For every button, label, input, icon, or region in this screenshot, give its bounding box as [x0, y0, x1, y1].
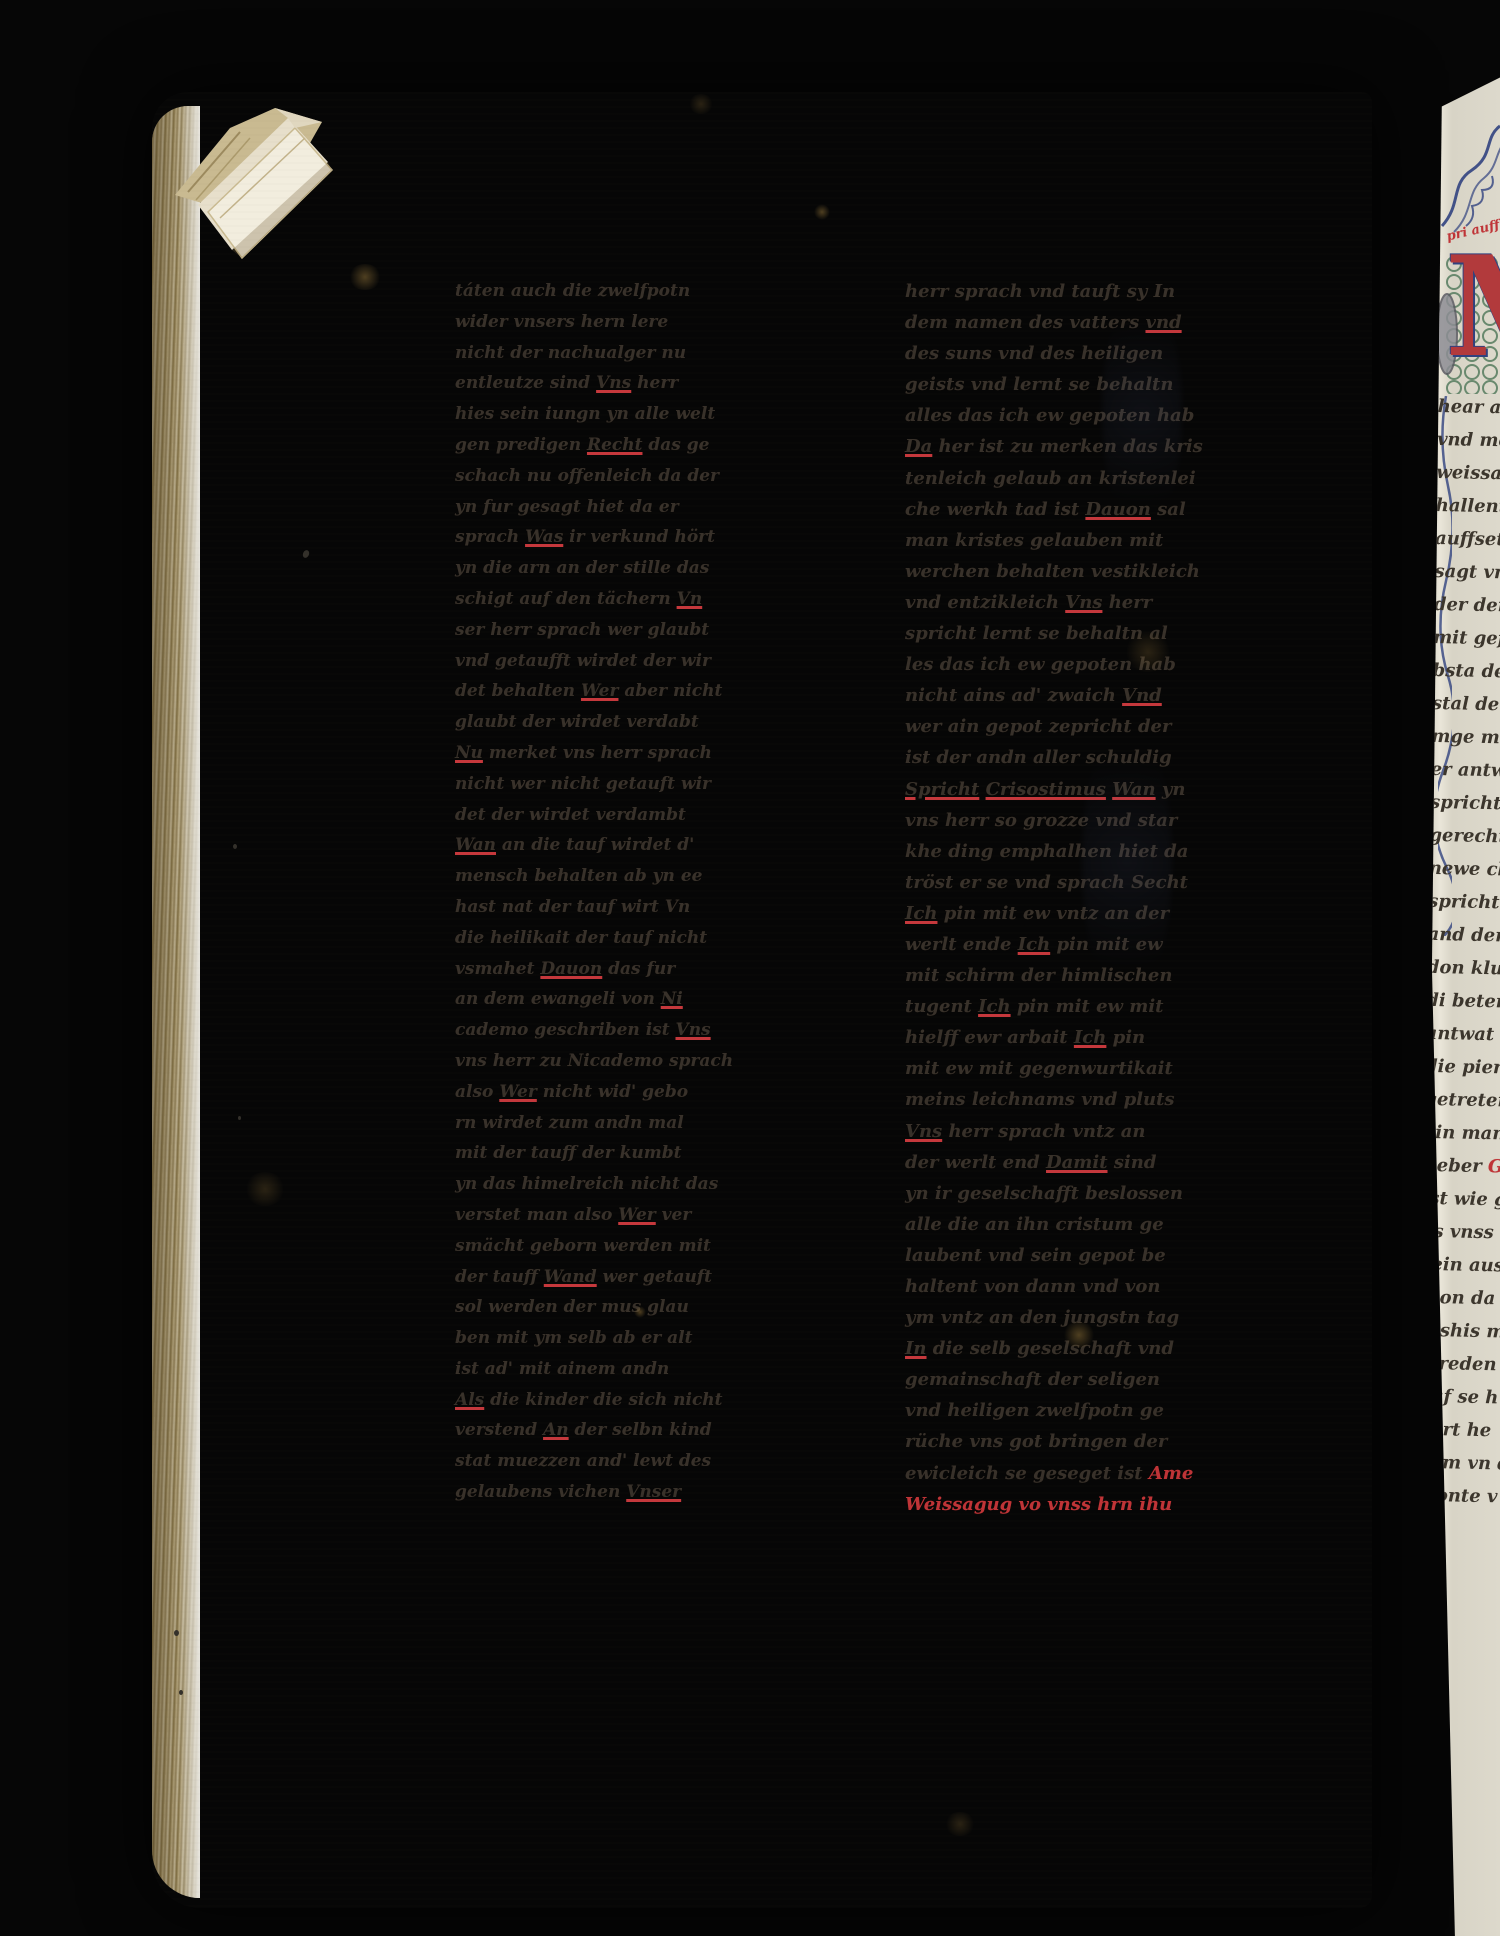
illuminated-initial: M — [1445, 238, 1500, 376]
red-ink-text: Glo — [1488, 1156, 1500, 1178]
text-line: an dem ewangeli von Ni — [455, 984, 700, 1015]
ink-text: der werlt end — [905, 1152, 1046, 1173]
text-line: vnd entzikleich Vns herr — [905, 587, 1175, 618]
ink-text: sind — [1108, 1152, 1157, 1173]
red-touched-word: Ich — [978, 996, 1010, 1017]
text-line: ain man l — [1423, 1116, 1500, 1151]
ink-text: ym vntz an den jungstn tag — [905, 1307, 1179, 1328]
facing-page-surface: pri auffet M hear aufftvnd merktweissage… — [1418, 0, 1500, 1936]
text-line: gemainschaft der seligen — [905, 1364, 1175, 1395]
text-line: don kluden — [1427, 951, 1500, 986]
ink-speck — [302, 549, 311, 559]
ink-text: det der wirdet verdambt — [455, 805, 686, 825]
text-line: alles das ich ew gepoten hab — [905, 400, 1175, 431]
text-line: meins leichnams vnd pluts — [905, 1084, 1175, 1115]
ink-text: das ge — [642, 435, 709, 455]
text-line: Nu merket vns herr sprach — [455, 738, 700, 769]
ink-text: khe ding emphalhen hiet da — [905, 841, 1188, 862]
red-touched-word: Wand — [544, 1267, 597, 1287]
red-touched-word: Wan — [1112, 779, 1155, 800]
ink-text: cademo geschriben ist — [455, 1020, 676, 1040]
ink-text: nicht ains ad' zwaich — [905, 685, 1122, 706]
red-touched-word: Damit — [1046, 1152, 1107, 1173]
text-line: yn fur gesagt hiet da er — [455, 492, 700, 523]
text-line: spricht lernt se behaltn al — [905, 618, 1175, 649]
text-line: dort he — [1418, 1413, 1500, 1448]
text-line: vsmahet Dauon das fur — [455, 954, 700, 985]
ink-text: stat muezzen and' lewt des — [455, 1451, 711, 1471]
text-line: ser herr sprach wer glaubt — [455, 615, 700, 646]
ink-text: mensch behalten ab yn ee — [455, 866, 702, 886]
text-line: di beten y — [1426, 984, 1500, 1019]
ink-text: die selb geselschaft vnd — [927, 1338, 1174, 1359]
ink-text: nicht wer nicht getauft wir — [455, 774, 711, 794]
ink-text: her ist zu merken das kris — [932, 436, 1203, 457]
text-line: sol werden der mus glau — [455, 1292, 700, 1323]
text-line: auf se h — [1418, 1380, 1500, 1415]
text-line: Vns herr sprach vntz an — [905, 1116, 1175, 1147]
ink-text: mon da v — [1420, 1287, 1500, 1310]
stain — [348, 264, 382, 290]
text-line: verstet man also Wer ver — [455, 1200, 700, 1231]
text-line: Ich pin mit ew vntz an der — [905, 898, 1175, 929]
ink-text: fereden v — [1419, 1353, 1500, 1376]
text-line: Als die kinder die sich nicht — [455, 1385, 700, 1416]
text-line: man kristes gelauben mit — [905, 525, 1175, 556]
text-line: geists vnd lernt se behaltn — [905, 369, 1175, 400]
text-line: ist ad' mit ainem andn — [455, 1354, 700, 1385]
text-line: gen predigen Recht das ge — [455, 430, 700, 461]
ink-text: vnd merkt — [1437, 429, 1500, 452]
facing-page-text: hear aufftvnd merktweissagenhallent Vauf… — [1416, 390, 1500, 1514]
text-line: Wan an die tauf wirdet d' — [455, 830, 700, 861]
ink-text: sprach — [455, 527, 525, 547]
text-line: hast nat der tauf wirt Vn — [455, 892, 700, 923]
text-line: vnd heiligen zwelfpotn ge — [905, 1395, 1175, 1426]
facing-page: pri auffet M hear aufftvnd merktweissage… — [1418, 0, 1500, 1936]
text-line: nam vn d — [1417, 1446, 1500, 1481]
ink-text: sein ausse — [1421, 1254, 1500, 1277]
ink-text: tugent — [905, 996, 978, 1017]
red-touched-word: Vns — [676, 1020, 711, 1040]
ink-text: meins leichnams vnd pluts — [905, 1089, 1175, 1110]
ink-text: die heilikait der tauf nicht — [455, 928, 707, 948]
ink-text: mit der tauff der kumbt — [455, 1143, 681, 1163]
ink-text: ir verkund hört — [563, 527, 715, 547]
text-line: spricht ysa — [1428, 885, 1500, 920]
ink-text: der der da — [1434, 594, 1500, 617]
red-touched-word: Wer — [499, 1082, 536, 1102]
text-line: vns herr zu Nicademo sprach — [455, 1046, 700, 1077]
text-line: sprach Was ir verkund hört — [455, 522, 700, 553]
ink-text: pin mit ew — [1050, 934, 1162, 955]
red-touched-word: Spricht — [905, 779, 979, 800]
manuscript-photo: { "scene": { "description": "Photograph … — [0, 0, 1500, 1936]
ink-text: werchen behalten vestikleich — [905, 561, 1200, 582]
text-line: táten auch die zwelfpotn — [455, 276, 700, 307]
text-line: det der wirdet verdambt — [455, 800, 700, 831]
ink-text: vns herr so grozze vnd star — [905, 810, 1177, 831]
text-line: hallent V — [1435, 489, 1500, 524]
text-line: hear aufft — [1437, 390, 1500, 425]
text-line: er antwurt — [1430, 753, 1500, 788]
text-line: che werkh tad ist Dauon sal — [905, 494, 1175, 525]
ink-text: di beten y — [1426, 990, 1500, 1013]
ink-text: hast nat der tauf wirt Vn — [455, 897, 690, 917]
text-line: stal der d — [1432, 687, 1500, 722]
text-line: mit gefro — [1433, 621, 1500, 656]
text-line: glaubt der wirdet verdabt — [455, 707, 700, 738]
text-line: nishis mit — [1420, 1314, 1500, 1349]
ink-text: verstend — [455, 1420, 543, 1440]
text-line: nicht ains ad' zwaich Vnd — [905, 680, 1175, 711]
text-line: tugent Ich pin mit ew mit — [905, 991, 1175, 1022]
ink-text: smächt geborn werden mit — [455, 1236, 711, 1256]
text-line: laubent vnd sein gepot be — [905, 1240, 1175, 1271]
text-line: entleutze sind Vns herr — [455, 368, 700, 399]
ink-speck — [174, 1630, 179, 1636]
stain — [814, 204, 830, 220]
text-line: ym vntz an den jungstn tag — [905, 1302, 1175, 1333]
text-line: tenleich gelaub an kristenlei — [905, 463, 1175, 494]
red-ink-text: Ame — [1149, 1463, 1193, 1484]
ink-text: ist ad' mit ainem andn — [455, 1359, 669, 1379]
text-line: hielff ewr arbait Ich pin — [905, 1022, 1175, 1053]
text-line: haltent von dann vnd von — [905, 1271, 1175, 1302]
ink-text: alle die an ihn cristum ge — [905, 1214, 1164, 1235]
text-line: mit der tauff der kumbt — [455, 1138, 700, 1169]
ink-text: sol werden der mus glau — [455, 1297, 689, 1317]
text-line: nicht wer nicht getauft wir — [455, 769, 700, 800]
text-line: rn wirdet zum andn mal — [455, 1108, 700, 1139]
text-line: verstend An der selbn kind — [455, 1415, 700, 1446]
text-column-left: táten auch die zwelfpotnwider vnsers her… — [455, 276, 700, 1508]
text-line: les das ich ew gepoten hab — [905, 649, 1175, 680]
text-line: dem namen des vatters vnd — [905, 307, 1175, 338]
text-line: sein ausse — [1421, 1248, 1500, 1283]
text-line: Weissagug vo vnss hrn ihu — [905, 1489, 1175, 1520]
ink-text: mit schirm der himlischen — [905, 965, 1172, 986]
text-line: der tauff Wand wer getauft — [455, 1262, 700, 1293]
text-line: vnd getaufft wirdet der wir — [455, 646, 700, 677]
text-line: wider vnsers hern lere — [455, 307, 700, 338]
text-line: spricht Ieh — [1430, 786, 1500, 821]
ink-text: vnd getaufft wirdet der wir — [455, 651, 711, 671]
text-line: also Wer nicht wid' gebo — [455, 1077, 700, 1108]
text-line: khe ding emphalhen hiet da — [905, 836, 1175, 867]
text-line: getreten w — [1424, 1083, 1500, 1118]
ink-text: herr — [631, 373, 678, 393]
text-line: newe chrer — [1428, 852, 1500, 887]
ink-text: ist wie ge — [1422, 1188, 1500, 1211]
text-line: werchen behalten vestikleich — [905, 556, 1175, 587]
red-ink-text: Weissagug vo vnss hrn ihu — [905, 1494, 1172, 1515]
text-line: In die selb geselschaft vnd — [905, 1333, 1175, 1364]
ink-text: der tauff — [455, 1267, 544, 1287]
ink-text: yn — [1156, 779, 1186, 800]
text-line: mon da v — [1420, 1281, 1500, 1316]
red-touched-word: Vnser — [626, 1482, 681, 1502]
text-line: yn ir geselschafft beslossen — [905, 1178, 1175, 1209]
stain — [688, 94, 714, 114]
ink-text: ist der andn aller schuldig — [905, 747, 1172, 768]
red-touched-word: Vns — [596, 373, 631, 393]
text-line: auffset ha — [1435, 522, 1500, 557]
text-line: and den g — [1427, 918, 1500, 953]
folded-corner-graphic — [170, 100, 350, 280]
ink-text: stal der d — [1432, 693, 1500, 716]
red-touched-word: Vns — [1065, 592, 1102, 613]
ink-text: yn ir geselschafft beslossen — [905, 1183, 1183, 1204]
red-touched-word: An — [543, 1420, 569, 1440]
text-line: vnd merkt — [1437, 423, 1500, 458]
ink-text: die kinder die sich nicht — [484, 1390, 722, 1410]
text-line: ist wie ge — [1422, 1182, 1500, 1217]
text-line: herr sprach vnd tauft sy In — [905, 276, 1175, 307]
ink-text: nicht der nachualger nu — [455, 343, 686, 363]
ink-text: des suns vnd des heiligen — [905, 343, 1163, 364]
ink-text: and den g — [1427, 924, 1500, 947]
ink-text: auf se h — [1418, 1386, 1498, 1409]
text-line: die heilikait der tauf nicht — [455, 923, 700, 954]
text-line: det behalten Wer aber nicht — [455, 676, 700, 707]
red-touched-word: Vnd — [1122, 685, 1162, 706]
ink-text: yn das himelreich nicht das — [455, 1174, 718, 1194]
ink-text: gemainschaft der seligen — [905, 1369, 1160, 1390]
ink-text: hallent V — [1436, 495, 1500, 518]
ink-text: che werkh tad ist — [905, 499, 1085, 520]
stain — [244, 1172, 286, 1206]
text-line: sagt vnd g — [1434, 555, 1500, 590]
text-line: Da her ist zu merken das kris — [905, 431, 1175, 462]
manuscript-page: táten auch die zwelfpotnwider vnsers her… — [152, 92, 1372, 1908]
ink-text: les das ich ew gepoten hab — [905, 654, 1176, 675]
ink-text: ver — [656, 1205, 692, 1225]
ink-text: tenleich gelaub an kristenlei — [905, 468, 1196, 489]
ink-text: nishis mit — [1420, 1320, 1500, 1343]
ink-text: wer ain gepot zepricht der — [905, 716, 1172, 737]
ink-text: dem namen des vatters — [905, 312, 1145, 333]
ink-text: weissagen — [1436, 462, 1500, 485]
text-line: ist der andn aller schuldig — [905, 742, 1175, 773]
text-line: Spricht Crisostimus Wan yn — [905, 774, 1175, 805]
ink-text: hies sein iungn yn alle welt — [455, 404, 715, 424]
ink-text: man kristes gelauben mit — [905, 530, 1163, 551]
folded-corner — [170, 100, 350, 280]
ink-text: die pier h — [1425, 1056, 1500, 1079]
red-touched-word: Dauon — [1085, 499, 1150, 520]
ink-text: don kluden — [1427, 957, 1500, 980]
red-touched-word: Crisostimus — [986, 779, 1106, 800]
red-touched-word: Ni — [661, 989, 683, 1009]
red-touched-word: Ich — [1018, 934, 1050, 955]
ink-text: lieber — [1423, 1155, 1488, 1177]
text-line: bsta der — [1432, 654, 1500, 689]
ink-text: rüche vns got bringen der — [905, 1431, 1167, 1452]
text-line: ben mit ym selb ab er alt — [455, 1323, 700, 1354]
text-line: nicht der nachualger nu — [455, 338, 700, 369]
ink-text: yn fur gesagt hiet da er — [455, 497, 679, 517]
ink-text: an die tauf wirdet d' — [496, 835, 694, 855]
ink-text: det behalten — [455, 681, 581, 701]
text-line: schigt auf den tächern Vn — [455, 584, 700, 615]
ink-speck — [233, 844, 237, 849]
red-touched-word: Wer — [618, 1205, 655, 1225]
text-line: gerechtikait — [1429, 819, 1500, 854]
red-touched-word: Was — [525, 527, 563, 547]
ink-text: merket vns herr sprach — [483, 743, 712, 763]
ink-text: pin mit ew vntz an der — [937, 903, 1169, 924]
ink-text: gen predigen — [455, 435, 587, 455]
ink-text: sal — [1151, 499, 1186, 520]
red-touched-word: Vn — [677, 589, 703, 609]
ink-text: mge mess — [1431, 726, 1500, 749]
ink-text: ain man l — [1424, 1122, 1500, 1145]
text-line: der werlt end Damit sind — [905, 1147, 1175, 1178]
ink-text: ben mit ym selb ab er alt — [455, 1328, 692, 1348]
ink-text: schigt auf den tächern — [455, 589, 677, 609]
text-line: rüche vns got bringen der — [905, 1426, 1175, 1457]
ink-text: getreten w — [1424, 1089, 1500, 1112]
text-line: lieber Glo — [1423, 1149, 1500, 1184]
ink-text: nicht wid' gebo — [537, 1082, 688, 1102]
ink-text: vsmahet — [455, 959, 540, 979]
red-touched-word: Ich — [905, 903, 937, 924]
text-line: wer ain gepot zepricht der — [905, 711, 1175, 742]
text-line: as vnss h — [1422, 1215, 1500, 1250]
text-line: werlt ende Ich pin mit ew — [905, 929, 1175, 960]
text-line: ewicleich se geseget ist Ame — [905, 1458, 1175, 1489]
ink-text: auffset ha — [1435, 528, 1500, 551]
text-line: mit ew mit gegenwurtikait — [905, 1053, 1175, 1084]
ink-text: herr sprach vntz an — [942, 1121, 1145, 1142]
text-line: monte v — [1416, 1479, 1500, 1514]
ink-text: laubent vnd sein gepot be — [905, 1245, 1166, 1266]
ink-text: also — [455, 1082, 499, 1102]
red-touched-word: Wer — [581, 681, 618, 701]
ink-text: mit ew mit gegenwurtikait — [905, 1058, 1173, 1079]
red-touched-word: Vns — [905, 1121, 942, 1142]
ink-text: wider vnsers hern lere — [455, 312, 668, 332]
ink-text: aber nicht — [618, 681, 722, 701]
ink-text: rn wirdet zum andn mal — [455, 1113, 684, 1133]
ink-text: verstet man also — [455, 1205, 618, 1225]
red-touched-word: Nu — [455, 743, 483, 763]
ink-text: nam vn d — [1417, 1452, 1500, 1475]
ink-speck — [238, 1116, 241, 1120]
ink-text: tröst er se vnd sprach Secht — [905, 872, 1188, 893]
text-line: smächt geborn werden mit — [455, 1231, 700, 1262]
ink-text: wer getauft — [597, 1267, 712, 1287]
ink-text: ewicleich se geseget ist — [905, 1463, 1149, 1484]
ink-text: monte v — [1417, 1485, 1498, 1508]
red-touched-word: Da — [905, 436, 932, 457]
ink-text: gelaubens vichen — [455, 1482, 626, 1502]
text-line: cademo geschriben ist Vns — [455, 1015, 700, 1046]
text-line: tröst er se vnd sprach Secht — [905, 867, 1175, 898]
ink-text: das fur — [602, 959, 675, 979]
ink-text: vnd heiligen zwelfpotn ge — [905, 1400, 1164, 1421]
text-line: hies sein iungn yn alle welt — [455, 399, 700, 430]
ink-speck — [179, 1690, 183, 1695]
text-line: mensch behalten ab yn ee — [455, 861, 700, 892]
red-touched-word: Ich — [1074, 1027, 1106, 1048]
text-line: mit schirm der himlischen — [905, 960, 1175, 991]
text-line: stat muezzen and' lewt des — [455, 1446, 700, 1477]
ink-text: vns herr zu Nicademo sprach — [455, 1051, 733, 1071]
text-line: alle die an ihn cristum ge — [905, 1209, 1175, 1240]
ink-text: sagt vnd g — [1434, 561, 1500, 584]
text-line: des suns vnd des heiligen — [905, 338, 1175, 369]
text-line: yn das himelreich nicht das — [455, 1169, 700, 1200]
ink-text: hear aufft — [1437, 396, 1500, 419]
ink-text: schach nu offenleich da der — [455, 466, 719, 486]
ink-text: an dem ewangeli von — [455, 989, 661, 1009]
red-touched-word: Recht — [587, 435, 643, 455]
ink-text: haltent von dann vnd von — [905, 1276, 1160, 1297]
red-touched-word: vnd — [1145, 312, 1181, 333]
ink-text: vnd entzikleich — [905, 592, 1065, 613]
text-line: schach nu offenleich da der — [455, 461, 700, 492]
ink-text: pin — [1106, 1027, 1145, 1048]
ink-text: bsta der — [1432, 660, 1500, 683]
ink-text: werlt ende — [905, 934, 1018, 955]
red-touched-word: Wan — [455, 835, 496, 855]
ink-text: as vnss h — [1422, 1221, 1500, 1244]
ink-text: entleutze sind — [455, 373, 596, 393]
text-line: die pier h — [1425, 1050, 1500, 1085]
ink-text: spricht Ieh — [1430, 792, 1500, 815]
ink-text: herr sprach vnd tauft sy In — [905, 281, 1175, 302]
ink-text: ser herr sprach wer glaubt — [455, 620, 709, 640]
ink-text: herr — [1102, 592, 1152, 613]
text-line: der der da — [1434, 588, 1500, 623]
text-line: antwat e — [1425, 1017, 1500, 1052]
ink-text: glaubt der wirdet verdabt — [455, 712, 699, 732]
ink-text: spricht ysa — [1428, 891, 1500, 914]
ink-text: antwat e — [1425, 1023, 1500, 1046]
ink-text: mit gefro — [1433, 627, 1500, 650]
ink-text: newe chrer — [1429, 858, 1500, 881]
ink-text: er antwurt — [1431, 759, 1500, 782]
ink-text: dort he — [1418, 1419, 1492, 1441]
ink-text: táten auch die zwelfpotn — [455, 281, 690, 301]
red-touched-word: Dauon — [540, 959, 602, 979]
ink-text: alles das ich ew gepoten hab — [905, 405, 1194, 426]
text-line: yn die arn an der stille das — [455, 553, 700, 584]
stain — [944, 1812, 976, 1836]
text-line: weissagen — [1436, 456, 1500, 491]
red-touched-word: Als — [455, 1390, 484, 1410]
text-line: vns herr so grozze vnd star — [905, 805, 1175, 836]
text-column-right: herr sprach vnd tauft sy Indem namen des… — [905, 276, 1175, 1520]
ink-text: der selbn kind — [569, 1420, 712, 1440]
text-line: gelaubens vichen Vnser — [455, 1477, 700, 1508]
ink-text: gerechtikait — [1429, 825, 1500, 848]
text-line: fereden v — [1419, 1347, 1500, 1382]
ink-text: yn die arn an der stille das — [455, 558, 709, 578]
ink-text: geists vnd lernt se behaltn — [905, 374, 1173, 395]
text-line: mge mess — [1431, 720, 1500, 755]
ink-text: spricht lernt se behaltn al — [905, 623, 1168, 644]
ink-text: pin mit ew mit — [1011, 996, 1164, 1017]
red-touched-word: In — [905, 1338, 927, 1359]
ink-text: hielff ewr arbait — [905, 1027, 1074, 1048]
